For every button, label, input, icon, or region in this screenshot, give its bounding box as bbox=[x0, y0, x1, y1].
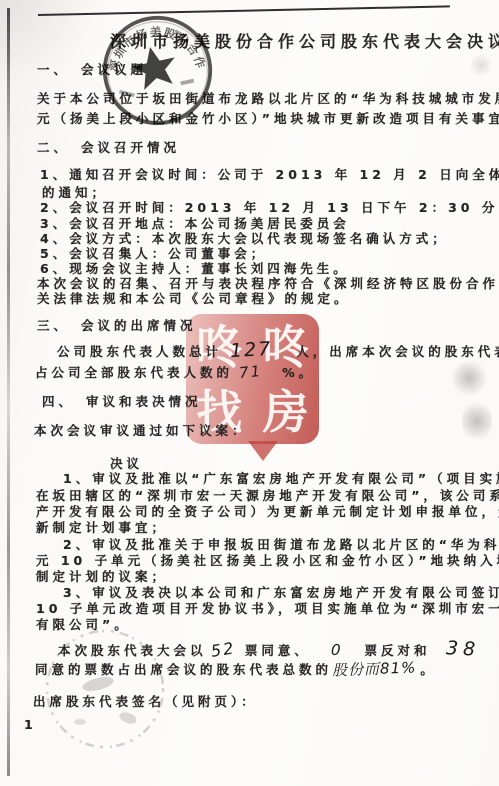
resolution-line: 有限公司”。 bbox=[36, 617, 131, 633]
resolution-line: 1、审议及批准以“广东富宏房地产开发有限公司”（项目实施单位为注册地 bbox=[63, 471, 499, 487]
scan-noise bbox=[462, 398, 492, 444]
handwritten-total-reps: 127 bbox=[230, 341, 273, 359]
section2-heading: 会议召开情况 bbox=[81, 140, 180, 156]
section1-number: 一、 bbox=[37, 62, 81, 78]
handwritten-attendance-pct: 71 bbox=[238, 363, 263, 381]
attendance-text: 占公司全部股东代表人数的 bbox=[35, 365, 233, 381]
vote-text: 。 bbox=[420, 662, 437, 678]
vote-text: 票同意、 bbox=[245, 643, 311, 659]
handwritten-votes-agree: 52 bbox=[209, 640, 236, 660]
vote-text: 本次股东代表大会以 bbox=[58, 643, 207, 659]
section2-line: 5、会议召集人：公司董事会； bbox=[40, 246, 267, 262]
company-seal-stamp: 深圳市扬美股份合作公司 bbox=[100, 13, 215, 128]
vote-text: 同意的票数占出席会议的股东代表总数的 bbox=[35, 662, 332, 678]
section2-line: 1、通知召开会议时间：公司于 2013 年 12 月 2 日向全体股东代表发出召… bbox=[40, 167, 499, 183]
section2-number: 二、 bbox=[37, 140, 81, 156]
star-icon bbox=[128, 42, 180, 91]
attendance-text: 人，出席本次会议的股东代表共 bbox=[296, 344, 499, 360]
watermark-char: 房 bbox=[263, 389, 309, 435]
section3-number: 三、 bbox=[37, 318, 81, 334]
scanned-document-page: 咚 咚 找 房 深圳市扬美股份合作公司股东代表大会决议 一、 会议议题 关于本公… bbox=[0, 0, 499, 786]
page-number: 1 bbox=[24, 717, 33, 733]
resolution-line: 3、审议及表决以本公司和广东富宏房地产开发有限公司签订《华为科技城 bbox=[63, 585, 499, 601]
scan-noise bbox=[470, 52, 492, 78]
signature-note: 出席股东代表签名（见附页）： bbox=[33, 694, 258, 710]
resolution-line: 元 10 子单元（扬美社区扬美上段小区和金竹小区）”地块纳入城市更新单元规划 bbox=[36, 553, 499, 569]
attendance-text: %。 bbox=[282, 365, 315, 381]
section3-heading: 会议的出席情况 bbox=[81, 318, 197, 334]
section2-line: 本次会议的召集、召开与表决程序符合《深圳经济特区股份合作公司条例》等相 bbox=[37, 276, 499, 292]
resolution-line: 产开发有限公司的全资子公司）为更新单元制定计划申报单位，负责申报城市更 bbox=[36, 504, 499, 520]
scan-noise bbox=[452, 358, 486, 398]
section2-line: 关法律法规和本公司《公司章程》的规定。 bbox=[37, 291, 351, 307]
section2-line: 3、会议召开地点：本公司扬美居民委员会 bbox=[40, 216, 350, 232]
section2-line: 4、会议方式：本次股东大会以代表现场签名确认方式； bbox=[40, 231, 449, 247]
attendance-text: 公司股东代表人数总计 bbox=[57, 344, 222, 360]
handwritten-votes-percentage: 股份而81% bbox=[332, 660, 417, 679]
resolution-line: 在坂田辖区的“深圳市宏一天源房地产开发有限公司”，该公司系广东富宏房地 bbox=[36, 488, 499, 504]
handwritten-votes-abstain: 38 bbox=[446, 640, 481, 658]
section2-line: 2、会议召开时间：2013 年 12 月 13 日下午 2：30 分； bbox=[40, 200, 499, 216]
section2-line: 6、现场会议主持人：董事长刘四海先生。 bbox=[40, 261, 350, 277]
handwritten-votes-oppose: 0 bbox=[330, 642, 343, 659]
section4-number: 四、 bbox=[42, 394, 86, 410]
resolution-line: 制定计划的议案； bbox=[36, 569, 168, 585]
resolution-line: 2、审议及批准关于申报坂田街道布龙路以北片区的“华为科技城城市发展单 bbox=[63, 537, 499, 553]
section4-heading: 审议和表决情况 bbox=[86, 394, 202, 410]
section4-intro: 本次会议审议通过如下议案： bbox=[34, 423, 249, 439]
vote-text: 票反对和 bbox=[364, 643, 430, 659]
resolution-title: 决议 bbox=[110, 456, 143, 472]
section2-line: 的通知； bbox=[42, 185, 108, 201]
resolution-line: 10 子单元改造项目开发协议书》，项目实施单位为“深圳市宏一天源房地产开发 bbox=[36, 601, 499, 617]
resolution-line: 新制定计划事宜； bbox=[36, 520, 168, 536]
scan-edge-artifact bbox=[7, 8, 10, 776]
